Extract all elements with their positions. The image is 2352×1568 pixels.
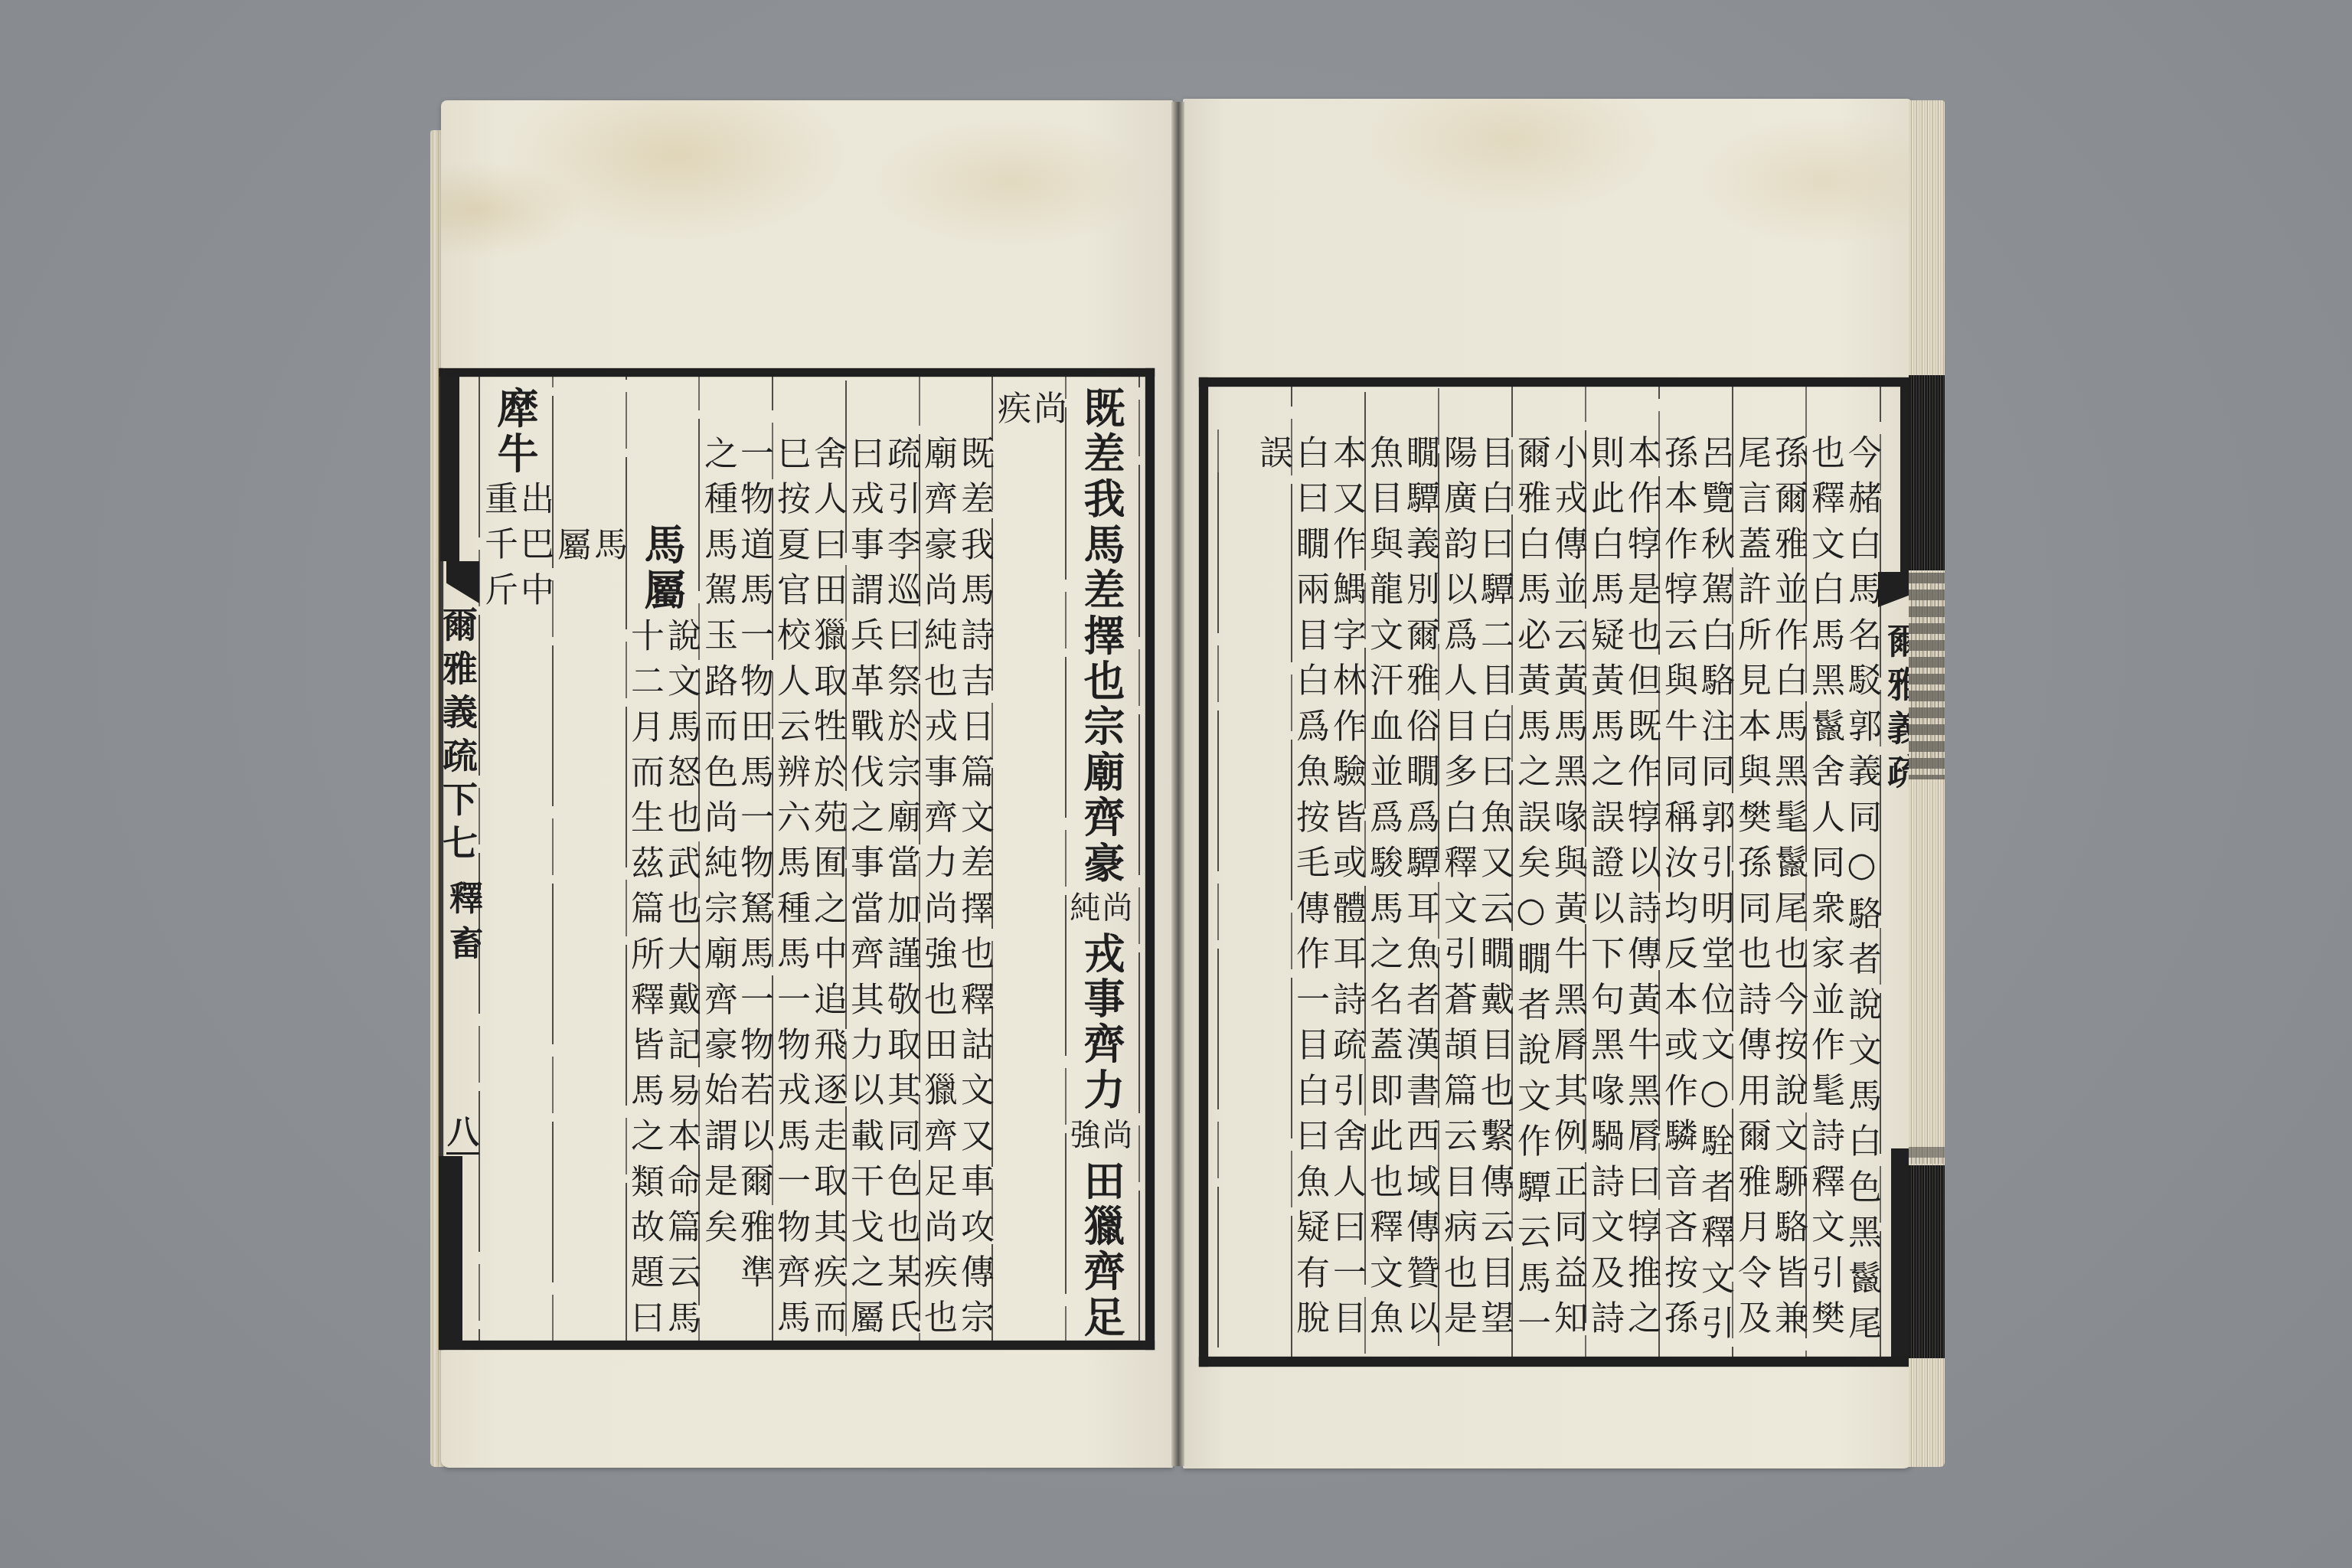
gutter-shadow	[1171, 102, 1184, 1466]
commentary-column-right: 既差我馬詩吉日篇文差擇也釋詁文又車攻傳宗	[957, 436, 991, 1345]
left-frame-right-border	[1145, 368, 1155, 1350]
right-frame-left-border	[1199, 377, 1208, 1367]
commentary-line-14: 魚目與龍文汗血並爲駿馬之名蓋即此也釋文魚	[1366, 435, 1400, 1346]
commentary-line-17: 誤	[1256, 435, 1289, 481]
commentary-column-left: 曰戎事謂兵革戰伐之事當齊其力以載干戈之屬	[847, 436, 880, 1345]
left-banxin-lower-rule	[446, 1152, 479, 1155]
note-column-left: 疾	[994, 390, 1027, 436]
commentary-column-right: 舍人曰田獵取牲於苑囿之中追飛逐走取其疾而	[810, 436, 844, 1345]
commentary-line-11: 目白曰驔二目白曰魚又云瞯戴目也繫傳云目望	[1477, 435, 1511, 1346]
commentary-column-right: 說文馬怒也武也大戴記易本命篇云馬	[664, 618, 697, 1345]
inline-note: 尚	[1099, 1119, 1130, 1164]
inline-note: 出巴中	[517, 481, 550, 617]
note-column-right: 尚	[1030, 390, 1063, 436]
left-banxin-folio: 八	[445, 1115, 477, 1147]
section-heading: 馬屬	[642, 523, 683, 614]
page-stack-ink-rule	[1909, 1147, 1945, 1164]
inline-note: 純	[1067, 891, 1098, 936]
commentary-line-6: 孫本作犉云與牛同稱汝均反本或作驎音吝按孫	[1661, 435, 1694, 1346]
commentary-column-left: 廟齊豪尚純也戎事齊力尚強也田獵齊足尚疾也	[920, 436, 954, 1345]
commentary-line-16: 白曰瞯兩目白爲魚按毛傳作一目白曰魚疑有脫	[1292, 435, 1326, 1346]
commentary-line-10: 爾雅白馬必黃馬之誤矣○瞯者說文作驔云馬一	[1514, 435, 1547, 1351]
commentary-line-2: 也釋文白馬黑鬣舍人同衆家並作髦詩釋文引樊	[1808, 435, 1841, 1346]
left-frame-top-border	[439, 368, 1155, 377]
left-banxin-title: 爾雅義疏下七	[440, 606, 475, 868]
commentary-line-9: 小戎傳並云黃馬黑喙與黃牛黑脣其例正同益知	[1550, 435, 1584, 1346]
right-frame-top-border	[1199, 377, 1910, 387]
main-text-column: 既差我馬差擇也宗廟齊豪	[1081, 387, 1122, 887]
page-stack-ink-upper	[1909, 375, 1945, 570]
page-stack-ink-text-marks	[1909, 573, 1945, 779]
column-rule	[1065, 377, 1067, 1341]
photo-canvas: 爾雅義疏下七 釋畜 八 既差我馬差擇也宗廟齊豪 尚 純 戎事齊力 尚 強 田獵齊…	[0, 0, 2352, 1568]
commentary-line-7: 本作犉是也但既作犉以詩傳黃牛黑脣曰犉推之	[1624, 435, 1658, 1346]
inline-note: 強	[1067, 1119, 1098, 1164]
left-banxin-upper-black-block	[440, 375, 459, 561]
commentary-line-5: 呂覽秋駕白駱注同郭引明堂位文○駩者釋文引	[1697, 435, 1731, 1351]
left-banxin-section: 釋畜	[446, 880, 479, 972]
main-text-column: 犘牛	[495, 387, 536, 478]
column-rule	[1217, 426, 1219, 1357]
commentary-column-left: 巳按夏官校人云辨六馬種馬一物戎馬一物齊馬	[773, 436, 807, 1345]
commentary-line-8: 則此白馬疑黃馬之誤證以下句黑喙騧詩文及詩	[1587, 435, 1621, 1346]
commentary-line-13: 瞯驔義別爾雅俗瞯爲驔耳魚者漢書西域傳贊以	[1403, 435, 1436, 1346]
commentary-column-left: 十二月而生茲篇所釋皆馬之類故題曰	[627, 618, 661, 1345]
commentary-line-1: 今赭白馬名駁郭義同○駱者說文馬白色黑鬣尾	[1844, 435, 1878, 1351]
note-column-left: 屬	[554, 527, 587, 572]
left-banxin-lower-black-block	[439, 1156, 462, 1350]
note-column-right: 馬	[590, 527, 624, 572]
column-rule	[1138, 377, 1140, 1341]
page-stack-ink-lower	[1909, 1165, 1945, 1358]
main-text-column: 戎事齊力	[1081, 932, 1122, 1114]
commentary-column-right: 一物道馬一物田馬一物駑馬一物若以爾雅準	[737, 436, 770, 1300]
commentary-column-right: 疏引李巡曰祭於宗廟當加謹敬取其同色也某氏	[884, 436, 917, 1345]
commentary-column-left: 之種馬駕玉路而色尚純宗廟齊豪始謂是矣	[701, 436, 734, 1254]
commentary-line-12: 陽廣韵以爲人目多白釋文引蒼頡篇云目病也是	[1440, 435, 1474, 1346]
main-text-column: 田獵齊足	[1081, 1159, 1122, 1341]
inline-note: 重千斤	[481, 481, 514, 617]
right-frame-bottom-border	[1199, 1357, 1910, 1367]
commentary-line-4: 尾言蓋許所見本與樊孫同也詩傳用爾雅月令及	[1734, 435, 1768, 1346]
inline-note: 尚	[1099, 891, 1130, 936]
commentary-line-15: 本又作鰅字林作驗皆或體耳詩疏引舍人曰一目	[1329, 435, 1363, 1346]
commentary-line-3: 孫爾雅並作白馬黑髦鬣尾也今按說文駵駱皆兼	[1771, 435, 1805, 1346]
